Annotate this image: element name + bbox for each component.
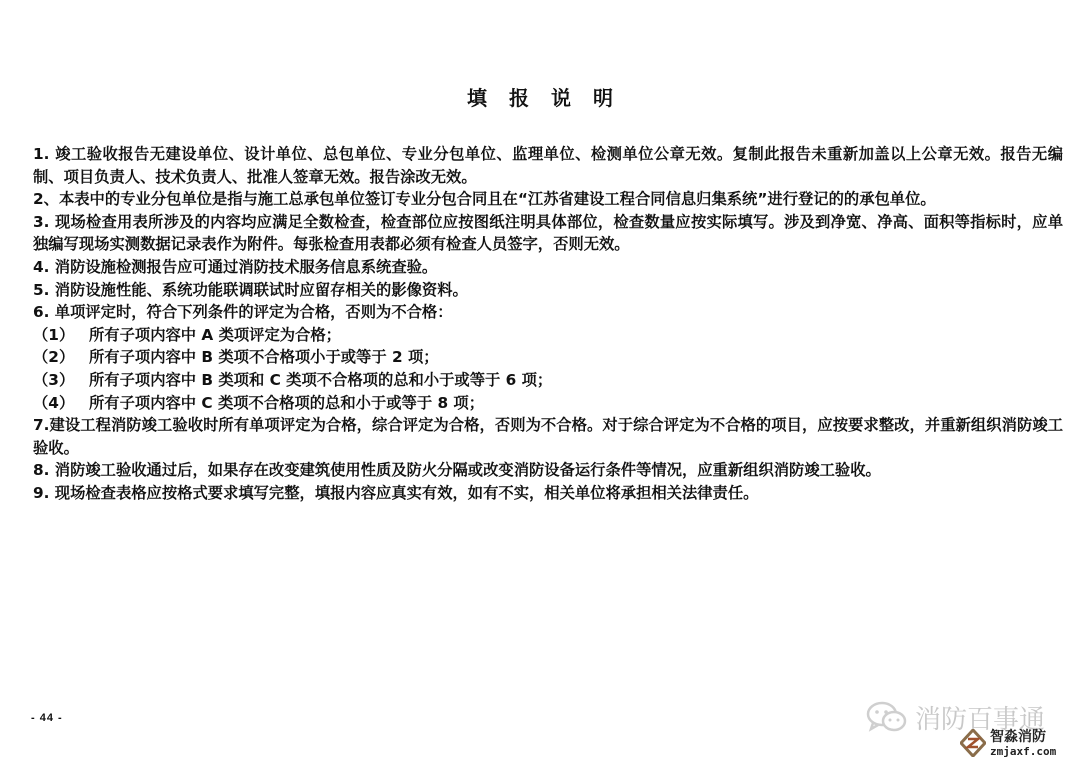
sub-item-4: （4）所有子项内容中 C 类项不合格项的总和小于或等于 8 项； [33, 392, 1063, 415]
instruction-item-1: 1. 竣工验收报告无建设单位、设计单位、总包单位、专业分包单位、监理单位、检测单… [33, 143, 1063, 188]
wechat-icon [865, 700, 909, 734]
sub-item-text: 所有子项内容中 A 类项评定为合格； [89, 326, 341, 344]
sub-item-number: （4） [33, 392, 89, 415]
sub-item-3: （3）所有子项内容中 B 类项和 C 类项不合格项的总和小于或等于 6 项； [33, 369, 1063, 392]
instruction-item-9: 9. 现场检查表格应按格式要求填写完整，填报内容应真实有效，如有不实，相关单位将… [33, 482, 1063, 505]
sub-item-number: （2） [33, 346, 89, 369]
logo-text: 智淼消防 zmjaxf.com [990, 730, 1056, 757]
page-title: 填报说明 [0, 82, 1080, 111]
sub-item-number: （1） [33, 324, 89, 347]
instruction-item-8: 8. 消防竣工验收通过后，如果存在改变建筑使用性质及防火分隔或改变消防设备运行条… [33, 459, 1063, 482]
logo: 智淼消防 zmjaxf.com [960, 729, 1056, 757]
instruction-item-5: 5. 消防设施性能、系统功能联调联试时应留存相关的影像资料。 [33, 279, 1063, 302]
sub-item-text: 所有子项内容中 B 类项不合格项小于或等于 2 项； [89, 348, 439, 366]
instruction-item-6: 6. 单项评定时，符合下列条件的评定为合格，否则为不合格： [33, 301, 1063, 324]
zhimiao-logo-icon [960, 729, 986, 757]
sub-item-text: 所有子项内容中 B 类项和 C 类项不合格项的总和小于或等于 6 项； [89, 371, 552, 389]
sub-item-2: （2）所有子项内容中 B 类项不合格项小于或等于 2 项； [33, 346, 1063, 369]
instructions-body: 1. 竣工验收报告无建设单位、设计单位、总包单位、专业分包单位、监理单位、检测单… [33, 143, 1063, 505]
sub-item-text: 所有子项内容中 C 类项不合格项的总和小于或等于 8 项； [89, 394, 484, 412]
instruction-item-3: 3. 现场检查用表所涉及的内容均应满足全数检查，检查部位应按图纸注明具体部位，检… [33, 211, 1063, 256]
logo-url: zmjaxf.com [990, 746, 1056, 757]
instruction-item-2: 2、本表中的专业分包单位是指与施工总承包单位签订专业分包合同且在“江苏省建设工程… [33, 188, 1063, 211]
sub-item-1: （1）所有子项内容中 A 类项评定为合格； [33, 324, 1063, 347]
instruction-item-4: 4. 消防设施检测报告应可通过消防技术服务信息系统查验。 [33, 256, 1063, 279]
sub-item-number: （3） [33, 369, 89, 392]
logo-name: 智淼消防 [990, 730, 1056, 744]
instruction-item-7: 7.建设工程消防竣工验收时所有单项评定为合格，综合评定为合格，否则为不合格。对于… [33, 414, 1063, 459]
page-number: - 44 - [31, 712, 63, 724]
